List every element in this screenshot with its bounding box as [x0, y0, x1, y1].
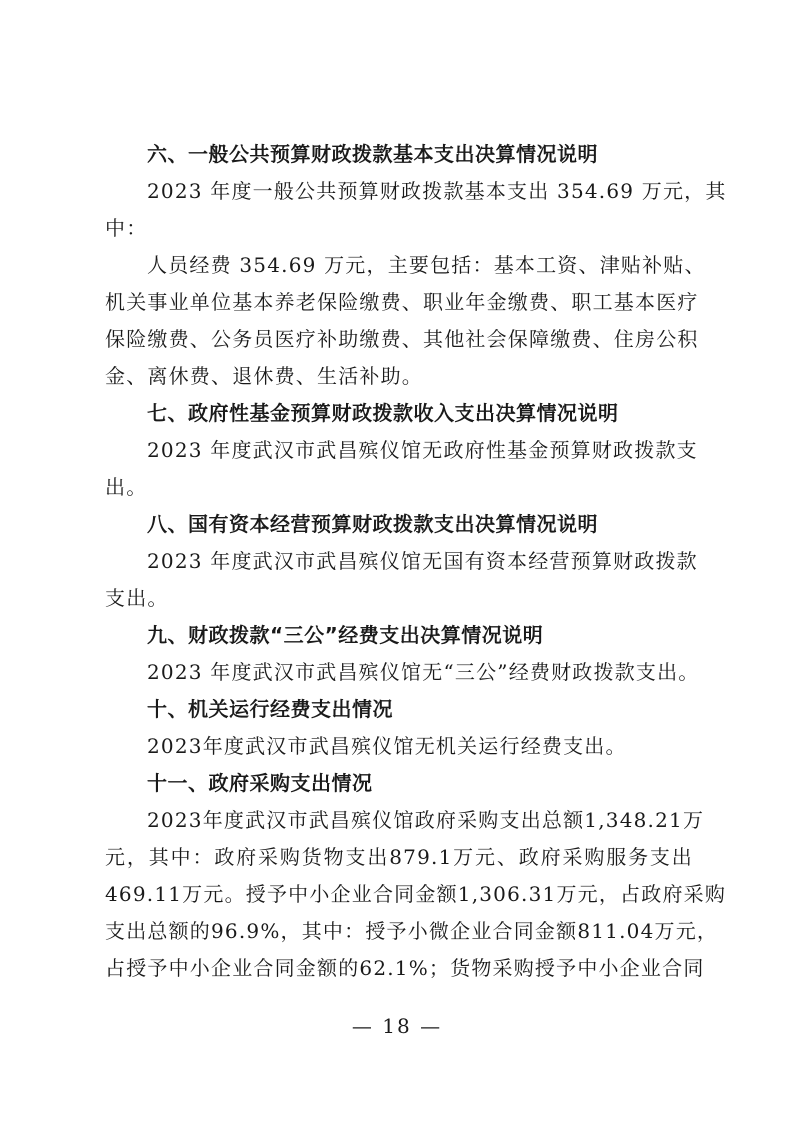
paragraph-line: 2023 年度武汉市武昌殡仪馆无政府性基金预算财政拨款支 [105, 432, 693, 469]
paragraph-line: 2023年度武汉市武昌殡仪馆政府采购支出总额1,348.21万 [105, 802, 693, 839]
paragraph-line: 机关事业单位基本养老保险缴费、职业年金缴费、职工基本医疗 [105, 284, 693, 321]
paragraph-line: 支出总额的96.9%，其中：授予小微企业合同金额811.04万元， [105, 913, 693, 950]
paragraph-line: 占授予中小企业合同金额的62.1%；货物采购授予中小企业合同 [105, 950, 693, 987]
section-heading: 十一、政府采购支出情况 [105, 765, 693, 802]
paragraph-line: 保险缴费、公务员医疗补助缴费、其他社会保障缴费、住房公积 [105, 321, 693, 358]
section-heading: 八、国有资本经营预算财政拨款支出决算情况说明 [105, 506, 693, 543]
paragraph-line: 469.11万元。授予中小企业合同金额1,306.31万元，占政府采购 [105, 876, 693, 913]
section-heading: 七、政府性基金预算财政拨款收入支出决算情况说明 [105, 395, 693, 432]
paragraph-line: 2023 年度武汉市武昌殡仪馆无国有资本经营预算财政拨款 [105, 543, 693, 580]
section-heading: 六、一般公共预算财政拨款基本支出决算情况说明 [105, 136, 693, 173]
paragraph-line: 元，其中：政府采购货物支出879.1万元、政府采购服务支出 [105, 839, 693, 876]
paragraph-line: 支出。 [105, 580, 693, 617]
paragraph-line: 2023 年度武汉市武昌殡仪馆无“三公”经费财政拨款支出。 [105, 654, 693, 691]
paragraph-line: 中： [105, 210, 693, 247]
page-number: — 18 — [0, 1014, 794, 1038]
paragraph-line: 2023 年度一般公共预算财政拨款基本支出 354.69 万元，其 [105, 173, 693, 210]
section-heading: 九、财政拨款“三公”经费支出决算情况说明 [105, 617, 693, 654]
paragraph-line: 出。 [105, 469, 693, 506]
section-heading: 十、机关运行经费支出情况 [105, 691, 693, 728]
document-page: 六、一般公共预算财政拨款基本支出决算情况说明 2023 年度一般公共预算财政拨款… [105, 136, 693, 987]
paragraph-line: 人员经费 354.69 万元，主要包括：基本工资、津贴补贴、 [105, 247, 693, 284]
paragraph-line: 2023年度武汉市武昌殡仪馆无机关运行经费支出。 [105, 728, 693, 765]
paragraph-line: 金、离休费、退休费、生活补助。 [105, 358, 693, 395]
